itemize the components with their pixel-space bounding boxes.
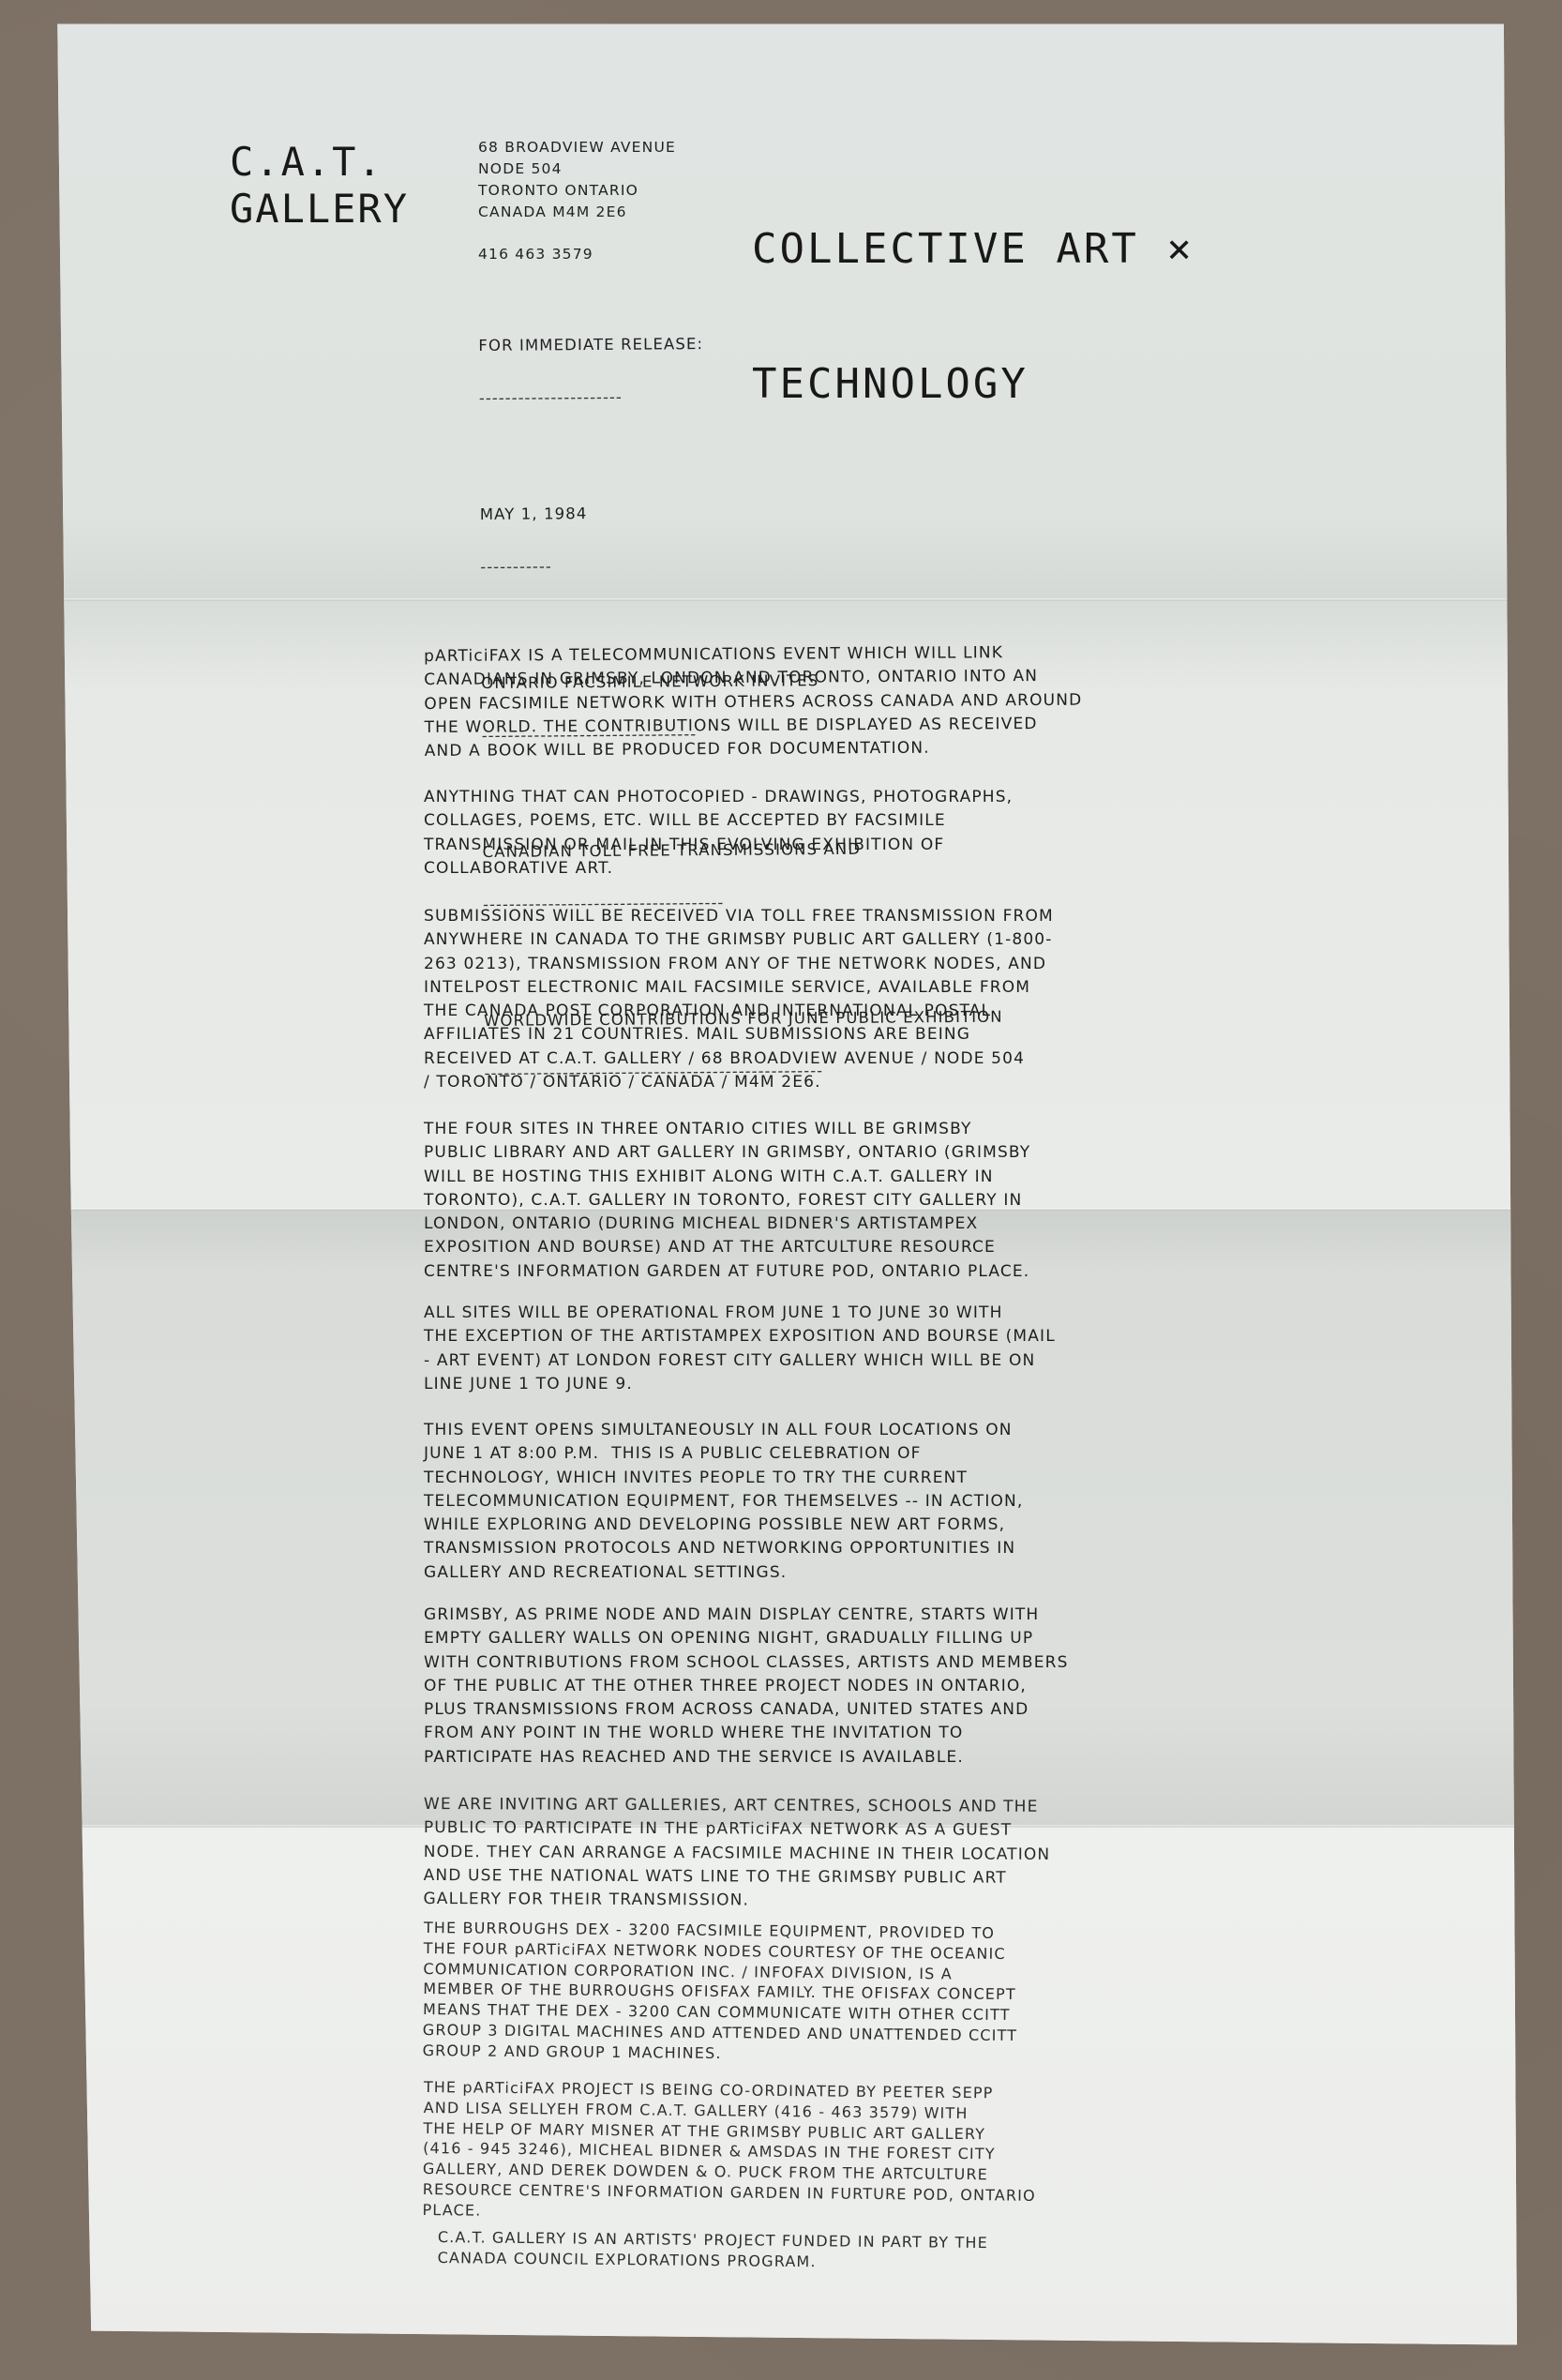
body-paragraph: THIS EVENT OPENS SIMULTANEOUSLY IN ALL F… [424, 1419, 1371, 1585]
body-paragraph: THE FOUR SITES IN THREE ONTARIO CITIES W… [424, 1118, 1371, 1284]
address-line: CANADA M4M 2E6 [478, 202, 676, 223]
dashed-underline: ----------- [480, 557, 999, 574]
body-paragraph: ALL SITES WILL BE OPERATIONAL FROM JUNE … [424, 1302, 1371, 1396]
address-line: 68 BROADVIEW AVENUE [478, 137, 676, 158]
body-paragraph: GRIMSBY, AS PRIME NODE AND MAIN DISPLAY … [424, 1604, 1371, 1770]
body-paragraph: SUBMISSIONS WILL BE RECEIVED VIA TOLL FR… [424, 905, 1371, 1094]
title-line: COLLECTIVE ART × [752, 227, 1194, 272]
address-block: 68 BROADVIEW AVENUE NODE 504 TORONTO ONT… [478, 137, 676, 265]
dashed-underline: ---------------------- [479, 388, 999, 405]
body-paragraph: pARTiciFAX IS A TELECOMMUNICATIONS EVENT… [424, 640, 1372, 764]
gallery-logo: C.A.T. GALLERY [230, 139, 409, 233]
release-label: FOR IMMEDIATE RELEASE: -----------------… [478, 296, 999, 441]
release-date: MAY 1, 1984 ----------- [479, 465, 999, 610]
address-line: NODE 504 [478, 158, 676, 180]
address-line: TORONTO ONTARIO [478, 180, 676, 202]
body-paragraph: THE BURROUGHS DEX - 3200 FACSIMILE EQUIP… [423, 1918, 1371, 2070]
logo-line: C.A.T. [230, 139, 409, 186]
body-paragraph: THE pARTiciFAX PROJECT IS BEING CO-ORDIN… [422, 2077, 1371, 2230]
body-paragraph: ANYTHING THAT CAN PHOTOCOPIED - DRAWINGS… [424, 786, 1371, 881]
phone-number: 416 463 3579 [478, 244, 676, 265]
logo-line: GALLERY [230, 186, 409, 233]
body-paragraph: WE ARE INVITING ART GALLERIES, ART CENTR… [423, 1793, 1371, 1916]
